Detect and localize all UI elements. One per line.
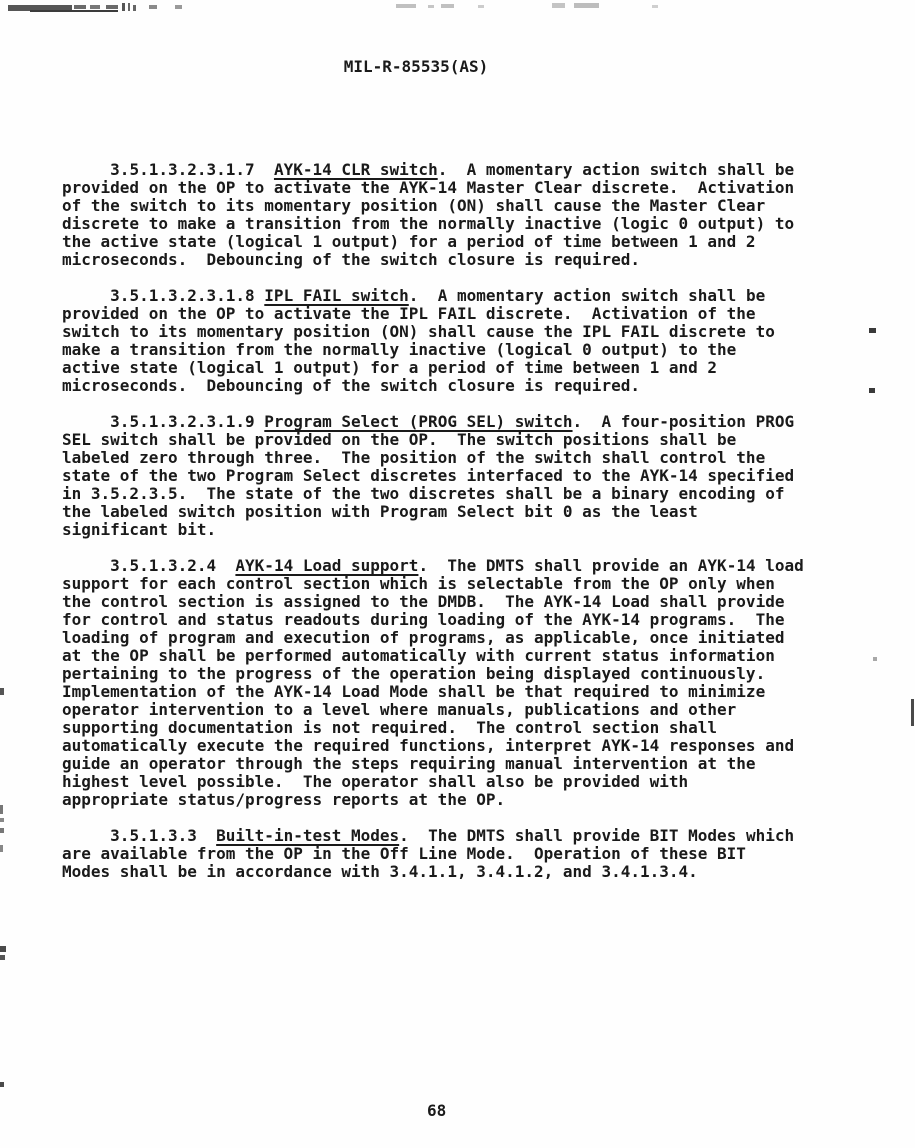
- document-body: 3.5.1.3.2.3.1.7 AYK-14 CLR switch. A mom…: [62, 161, 877, 899]
- scan-artifact-mark: [0, 946, 6, 952]
- scan-artifact-mark: [441, 4, 454, 8]
- scan-artifact-mark: [869, 328, 876, 333]
- scan-artifact-mark: [74, 5, 86, 9]
- section-heading: AYK-14 CLR switch: [274, 160, 438, 179]
- document-header-title: MIL-R-85535(AS): [0, 57, 832, 76]
- scan-artifact-mark: [552, 3, 565, 8]
- scan-artifact-mark: [0, 805, 3, 814]
- paragraph-text: . The DMTS shall provide an AYK-14 load …: [62, 556, 804, 809]
- scan-artifact-mark: [428, 5, 434, 8]
- scan-artifact-mark: [0, 955, 5, 960]
- scan-artifact-mark: [128, 3, 130, 11]
- scanned-document-page: MIL-R-85535(AS) 3.5.1.3.2.3.1.7 AYK-14 C…: [0, 0, 915, 1148]
- scan-artifact-mark: [106, 5, 118, 9]
- paragraph-3-5-1-3-2-3-1-8: 3.5.1.3.2.3.1.8 IPL FAIL switch. A momen…: [62, 287, 877, 395]
- scan-artifact-mark: [133, 5, 136, 11]
- section-heading: AYK-14 Load support: [235, 556, 418, 575]
- paragraph-text: 3.5.1.3.2.3.1.7: [62, 160, 274, 179]
- paragraph-3-5-1-3-2-3-1-7: 3.5.1.3.2.3.1.7 AYK-14 CLR switch. A mom…: [62, 161, 877, 269]
- scan-artifact-mark: [0, 828, 4, 833]
- scan-artifact-mark: [869, 388, 875, 393]
- paragraph-text: 3.5.1.3.2.3.1.9: [62, 412, 264, 431]
- section-heading: Program Select (PROG SEL) switch: [264, 412, 572, 431]
- paragraph-text: 3.5.1.3.3: [62, 826, 216, 845]
- paragraph-text: 3.5.1.3.2.3.1.8: [62, 286, 264, 305]
- scan-artifact-mark: [652, 5, 658, 8]
- section-heading: Built-in-test Modes: [216, 826, 399, 845]
- scan-artifact-mark: [396, 4, 416, 8]
- paragraph-3-5-1-3-2-4: 3.5.1.3.2.4 AYK-14 Load support. The DMT…: [62, 557, 877, 809]
- scan-artifact-mark: [90, 5, 100, 9]
- scan-artifact-mark: [0, 688, 4, 695]
- section-heading: IPL FAIL switch: [264, 286, 409, 305]
- scan-artifact-mark: [0, 818, 4, 822]
- paragraph-text: . A four-position PROG SEL switch shall …: [62, 412, 794, 539]
- paragraph-text: 3.5.1.3.2.4: [62, 556, 235, 575]
- paragraph-3-5-1-3-3: 3.5.1.3.3 Built-in-test Modes. The DMTS …: [62, 827, 877, 881]
- paragraph-3-5-1-3-2-3-1-9: 3.5.1.3.2.3.1.9 Program Select (PROG SEL…: [62, 413, 877, 539]
- scan-artifact-mark: [873, 657, 877, 661]
- scan-artifact-mark: [149, 5, 157, 9]
- scan-artifact-mark: [0, 1082, 4, 1087]
- scan-artifact-mark: [478, 5, 484, 8]
- scan-artifact-mark: [0, 845, 3, 852]
- page-number: 68: [427, 1101, 446, 1120]
- scan-artifact-mark: [175, 5, 182, 9]
- scan-artifact-mark: [30, 10, 118, 12]
- scan-artifact-mark: [911, 699, 914, 726]
- scan-artifact-mark: [122, 3, 125, 11]
- scan-artifact-mark: [574, 3, 599, 8]
